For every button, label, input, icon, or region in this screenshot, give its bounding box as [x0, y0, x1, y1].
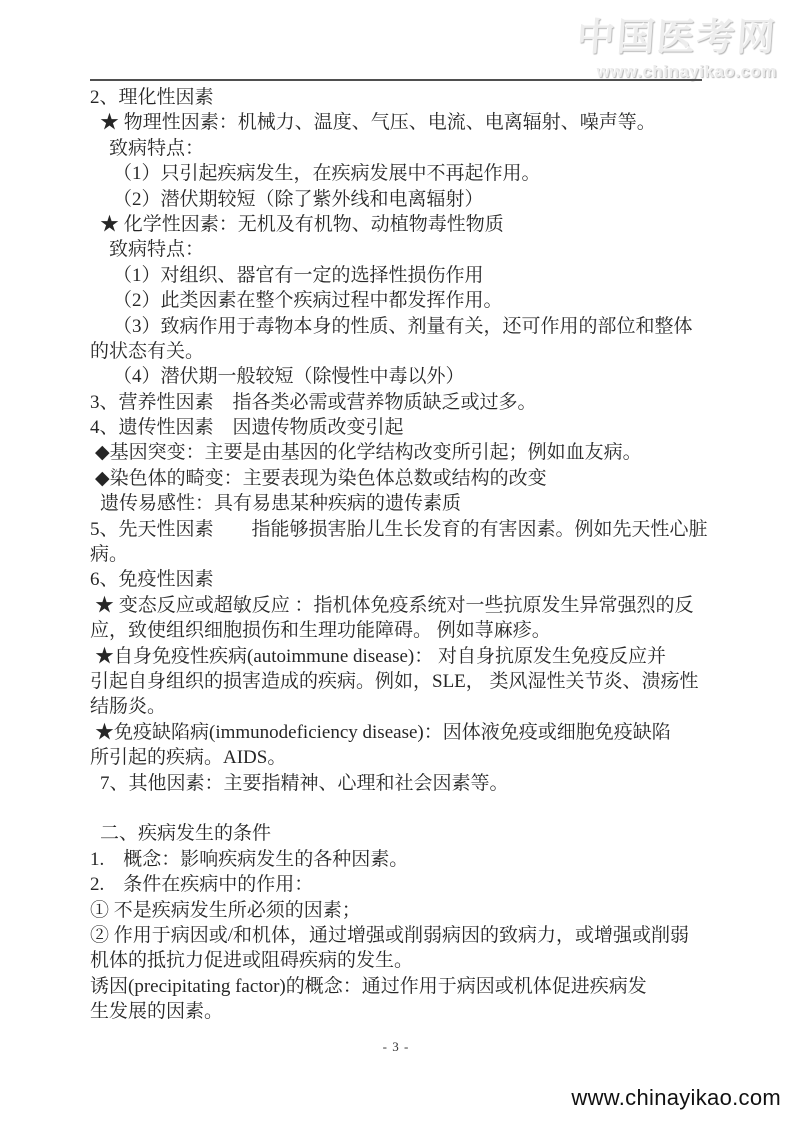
text-line: ◆基因突变：主要是由基因的化学结构改变所引起；例如血友病。 — [95, 440, 730, 465]
text-line: 二、疾病发生的条件 — [100, 821, 730, 846]
text-line: ★自身免疫性疾病(autoimmune disease)： 对自身抗原发生免疫反… — [95, 644, 730, 669]
text-line: ◆染色体的畸变：主要表现为染色体总数或结构的改变 — [95, 466, 730, 491]
document-page: 中国医考网 www.chinayikao.com 2、理化性因素★ 物理性因素：… — [0, 0, 793, 1122]
text-line: 致病特点： — [109, 237, 730, 262]
text-line: 病。 — [90, 542, 730, 567]
text-line: 3、营养性因素 指各类必需或营养物质缺乏或过多。 — [90, 390, 730, 415]
text-line: 遗传易感性：具有易患某种疾病的遗传素质 — [100, 491, 730, 516]
text-line: 应，致使组织细胞损伤和生理功能障碍。 例如荨麻疹。 — [90, 618, 730, 643]
header-divider — [90, 79, 702, 81]
text-line: ★免疫缺陷病(immunodeficiency disease)：因体液免疫或细… — [95, 720, 730, 745]
text-line: 诱因(precipitating factor)的概念：通过作用于病因或机体促进… — [90, 974, 730, 999]
text-line: （2）此类因素在整个疾病过程中都发挥作用。 — [113, 288, 730, 313]
watermark-logo-text: 中国医考网 — [575, 6, 779, 61]
text-line: 4、遗传性因素 因遗传物质改变引起 — [90, 415, 730, 440]
text-line: 5、先天性因素 指能够损害胎儿生长发育的有害因素。例如先天性心脏 — [90, 517, 730, 542]
footer-site-url: www.chinayikao.com — [571, 1085, 781, 1111]
text-line: ① 不是疾病发生所必须的因素； — [90, 898, 730, 923]
site-watermark: 中国医考网 www.chinayikao.com — [577, 6, 777, 82]
text-line: 机体的抵抗力促进或阻碍疾病的发生。 — [90, 948, 730, 973]
text-line: ★ 物理性因素：机械力、温度、气压、电流、电离辐射、噪声等。 — [100, 110, 730, 135]
text-line: （1）对组织、器官有一定的选择性损伤作用 — [113, 263, 730, 288]
text-line: 结肠炎。 — [90, 694, 730, 719]
text-line: ② 作用于病因或/和机体，通过增强或削弱病因的致病力，或增强或削弱 — [90, 923, 730, 948]
text-line: 1. 概念：影响疾病发生的各种因素。 — [90, 847, 730, 872]
document-body: 2、理化性因素★ 物理性因素：机械力、温度、气压、电流、电离辐射、噪声等。致病特… — [90, 85, 730, 1024]
text-line: 致病特点： — [109, 136, 730, 161]
page-number: - 3 - — [90, 1039, 702, 1055]
text-line: 引起自身组织的损害造成的疾病。例如，SLE， 类风湿性关节炎、溃疡性 — [90, 669, 730, 694]
text-line: ★ 变态反应或超敏反应 ：指机体免疫系统对一些抗原发生异常强烈的反 — [95, 593, 730, 618]
text-line: 2. 条件在疾病中的作用： — [90, 872, 730, 897]
text-line: （3）致病作用于毒物本身的性质、剂量有关，还可作用的部位和整体 — [113, 314, 730, 339]
text-line: 2、理化性因素 — [90, 85, 730, 110]
text-line: ★ 化学性因素：无机及有机物、动植物毒性物质 — [100, 212, 730, 237]
text-line: （1）只引起疾病发生，在疾病发展中不再起作用。 — [113, 161, 730, 186]
text-line: 的状态有关。 — [90, 339, 730, 364]
text-line: 生发展的因素。 — [90, 999, 730, 1024]
text-line: 7、其他因素：主要指精神、心理和社会因素等。 — [100, 771, 730, 796]
text-line: 6、免疫性因素 — [90, 567, 730, 592]
text-line: 所引起的疾病。AIDS。 — [90, 745, 730, 770]
text-line: （4）潜伏期一般较短（除慢性中毒以外） — [113, 364, 730, 389]
text-line — [90, 796, 730, 821]
text-line: （2）潜伏期较短（除了紫外线和电离辐射） — [113, 187, 730, 212]
